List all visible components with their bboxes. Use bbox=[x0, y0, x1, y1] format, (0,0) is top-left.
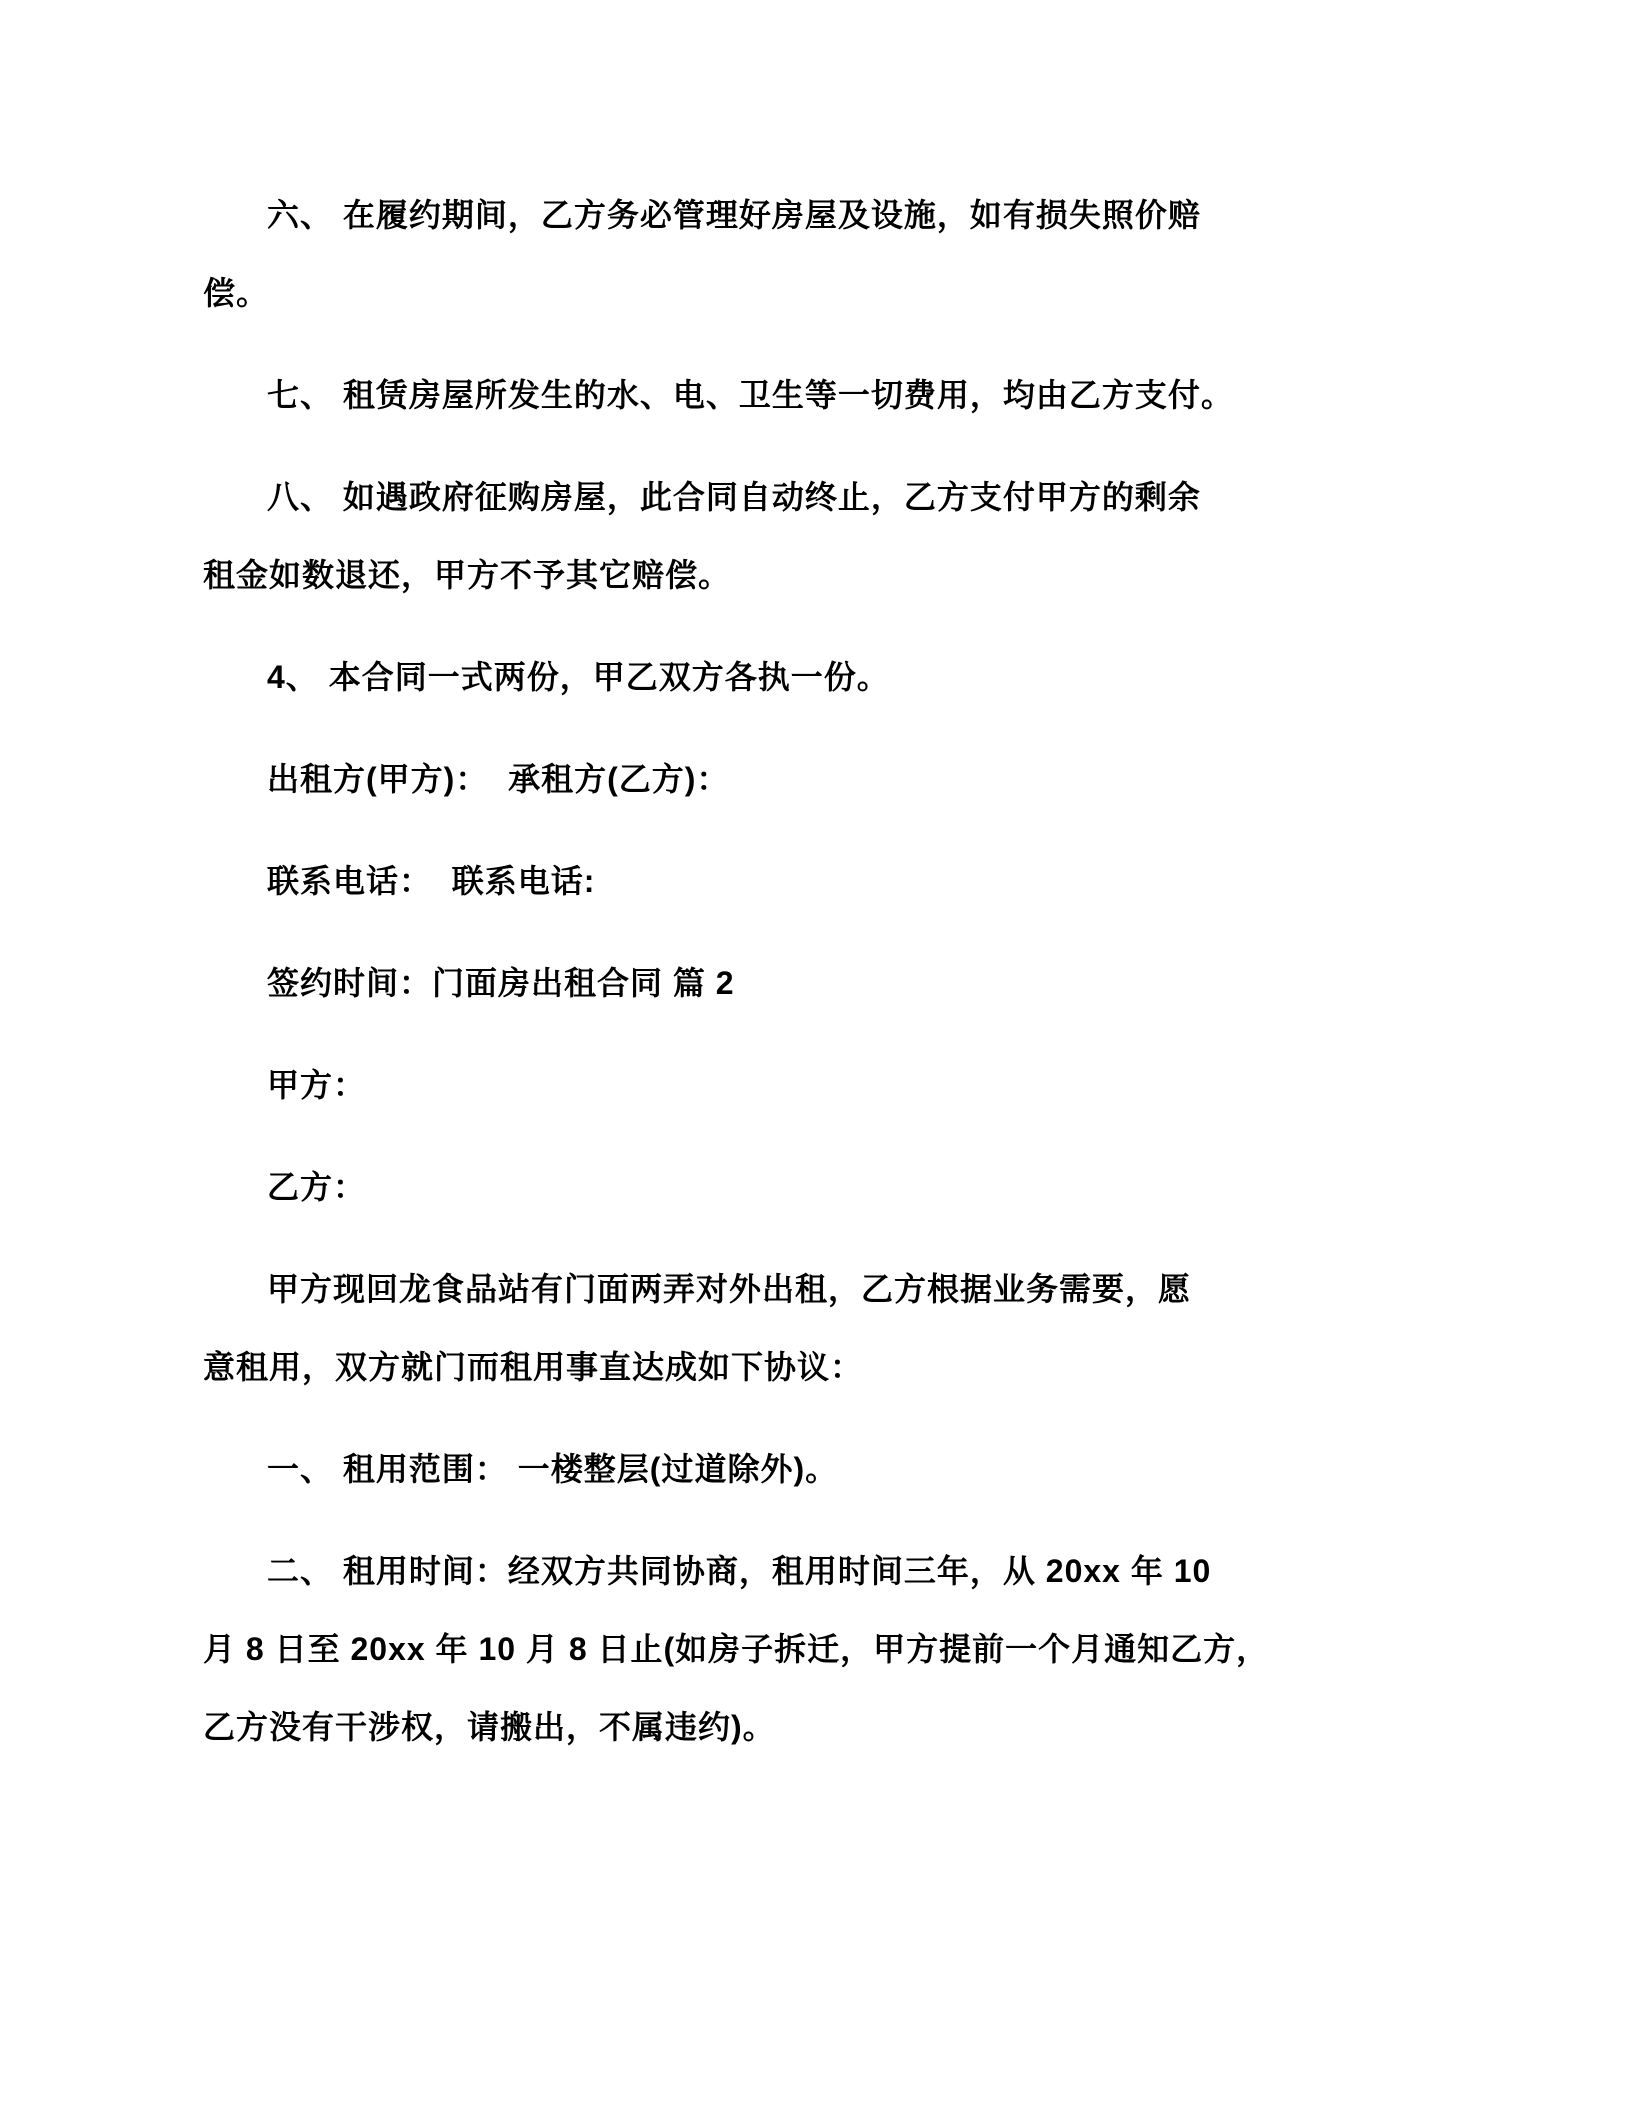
doc-line: 出租方(甲方)： 承租方(乙方)： bbox=[203, 740, 1483, 818]
doc-line: 一、 租用范围： 一楼整层(过道除外)。 bbox=[203, 1430, 1483, 1508]
doc-line: 甲方现回龙食品站有门面两弄对外出租，乙方根据业务需要，愿 bbox=[203, 1250, 1483, 1328]
paragraph-signing-date-title: 签约时间：门面房出租合同 篇 2 bbox=[203, 944, 1483, 1022]
paragraph-clause-7: 七、 租赁房屋所发生的水、电、卫生等一切费用，均由乙方支付。 bbox=[203, 356, 1483, 434]
doc-line: 八、 如遇政府征购房屋，此合同自动终止，乙方支付甲方的剩余 bbox=[203, 458, 1483, 536]
doc-line: 月 8 日至 20xx 年 10 月 8 日止(如房子拆迁，甲方提前一个月通知乙… bbox=[203, 1610, 1483, 1688]
paragraph-clause-6: 六、 在履约期间，乙方务必管理好房屋及设施，如有损失照价赔 偿。 bbox=[203, 176, 1483, 332]
paragraph-rent-scope: 一、 租用范围： 一楼整层(过道除外)。 bbox=[203, 1430, 1483, 1508]
paragraph-rent-term: 二、 租用时间：经双方共同协商，租用时间三年，从 20xx 年 10 月 8 日… bbox=[203, 1532, 1483, 1766]
doc-line: 二、 租用时间：经双方共同协商，租用时间三年，从 20xx 年 10 bbox=[203, 1532, 1483, 1610]
paragraph-clause-8: 八、 如遇政府征购房屋，此合同自动终止，乙方支付甲方的剩余 租金如数退还，甲方不… bbox=[203, 458, 1483, 614]
document-body: 六、 在履约期间，乙方务必管理好房屋及设施，如有损失照价赔 偿。 七、 租赁房屋… bbox=[203, 176, 1483, 1766]
doc-line: 甲方： bbox=[203, 1046, 1483, 1124]
doc-line: 联系电话： 联系电话: bbox=[203, 842, 1483, 920]
doc-line: 签约时间：门面房出租合同 篇 2 bbox=[203, 944, 1483, 1022]
doc-line: 偿。 bbox=[203, 254, 1483, 332]
doc-line: 七、 租赁房屋所发生的水、电、卫生等一切费用，均由乙方支付。 bbox=[203, 356, 1483, 434]
paragraph-party-b: 乙方： bbox=[203, 1148, 1483, 1226]
doc-line: 乙方： bbox=[203, 1148, 1483, 1226]
doc-line: 意租用，双方就门而租用事直达成如下协议： bbox=[203, 1328, 1483, 1406]
doc-line: 乙方没有干涉权，请搬出，不属违约)。 bbox=[203, 1688, 1483, 1766]
doc-line: 4、 本合同一式两份，甲乙双方各执一份。 bbox=[203, 638, 1483, 716]
paragraph-preamble: 甲方现回龙食品站有门面两弄对外出租，乙方根据业务需要，愿 意租用，双方就门而租用… bbox=[203, 1250, 1483, 1406]
paragraph-clause-4: 4、 本合同一式两份，甲乙双方各执一份。 bbox=[203, 638, 1483, 716]
doc-line: 六、 在履约期间，乙方务必管理好房屋及设施，如有损失照价赔 bbox=[203, 176, 1483, 254]
doc-line: 租金如数退还，甲方不予其它赔偿。 bbox=[203, 536, 1483, 614]
paragraph-party-a: 甲方： bbox=[203, 1046, 1483, 1124]
document-page: 六、 在履约期间，乙方务必管理好房屋及设施，如有损失照价赔 偿。 七、 租赁房屋… bbox=[0, 0, 1632, 2112]
paragraph-lessor-lessee: 出租方(甲方)： 承租方(乙方)： bbox=[203, 740, 1483, 818]
paragraph-contact-phone: 联系电话： 联系电话: bbox=[203, 842, 1483, 920]
